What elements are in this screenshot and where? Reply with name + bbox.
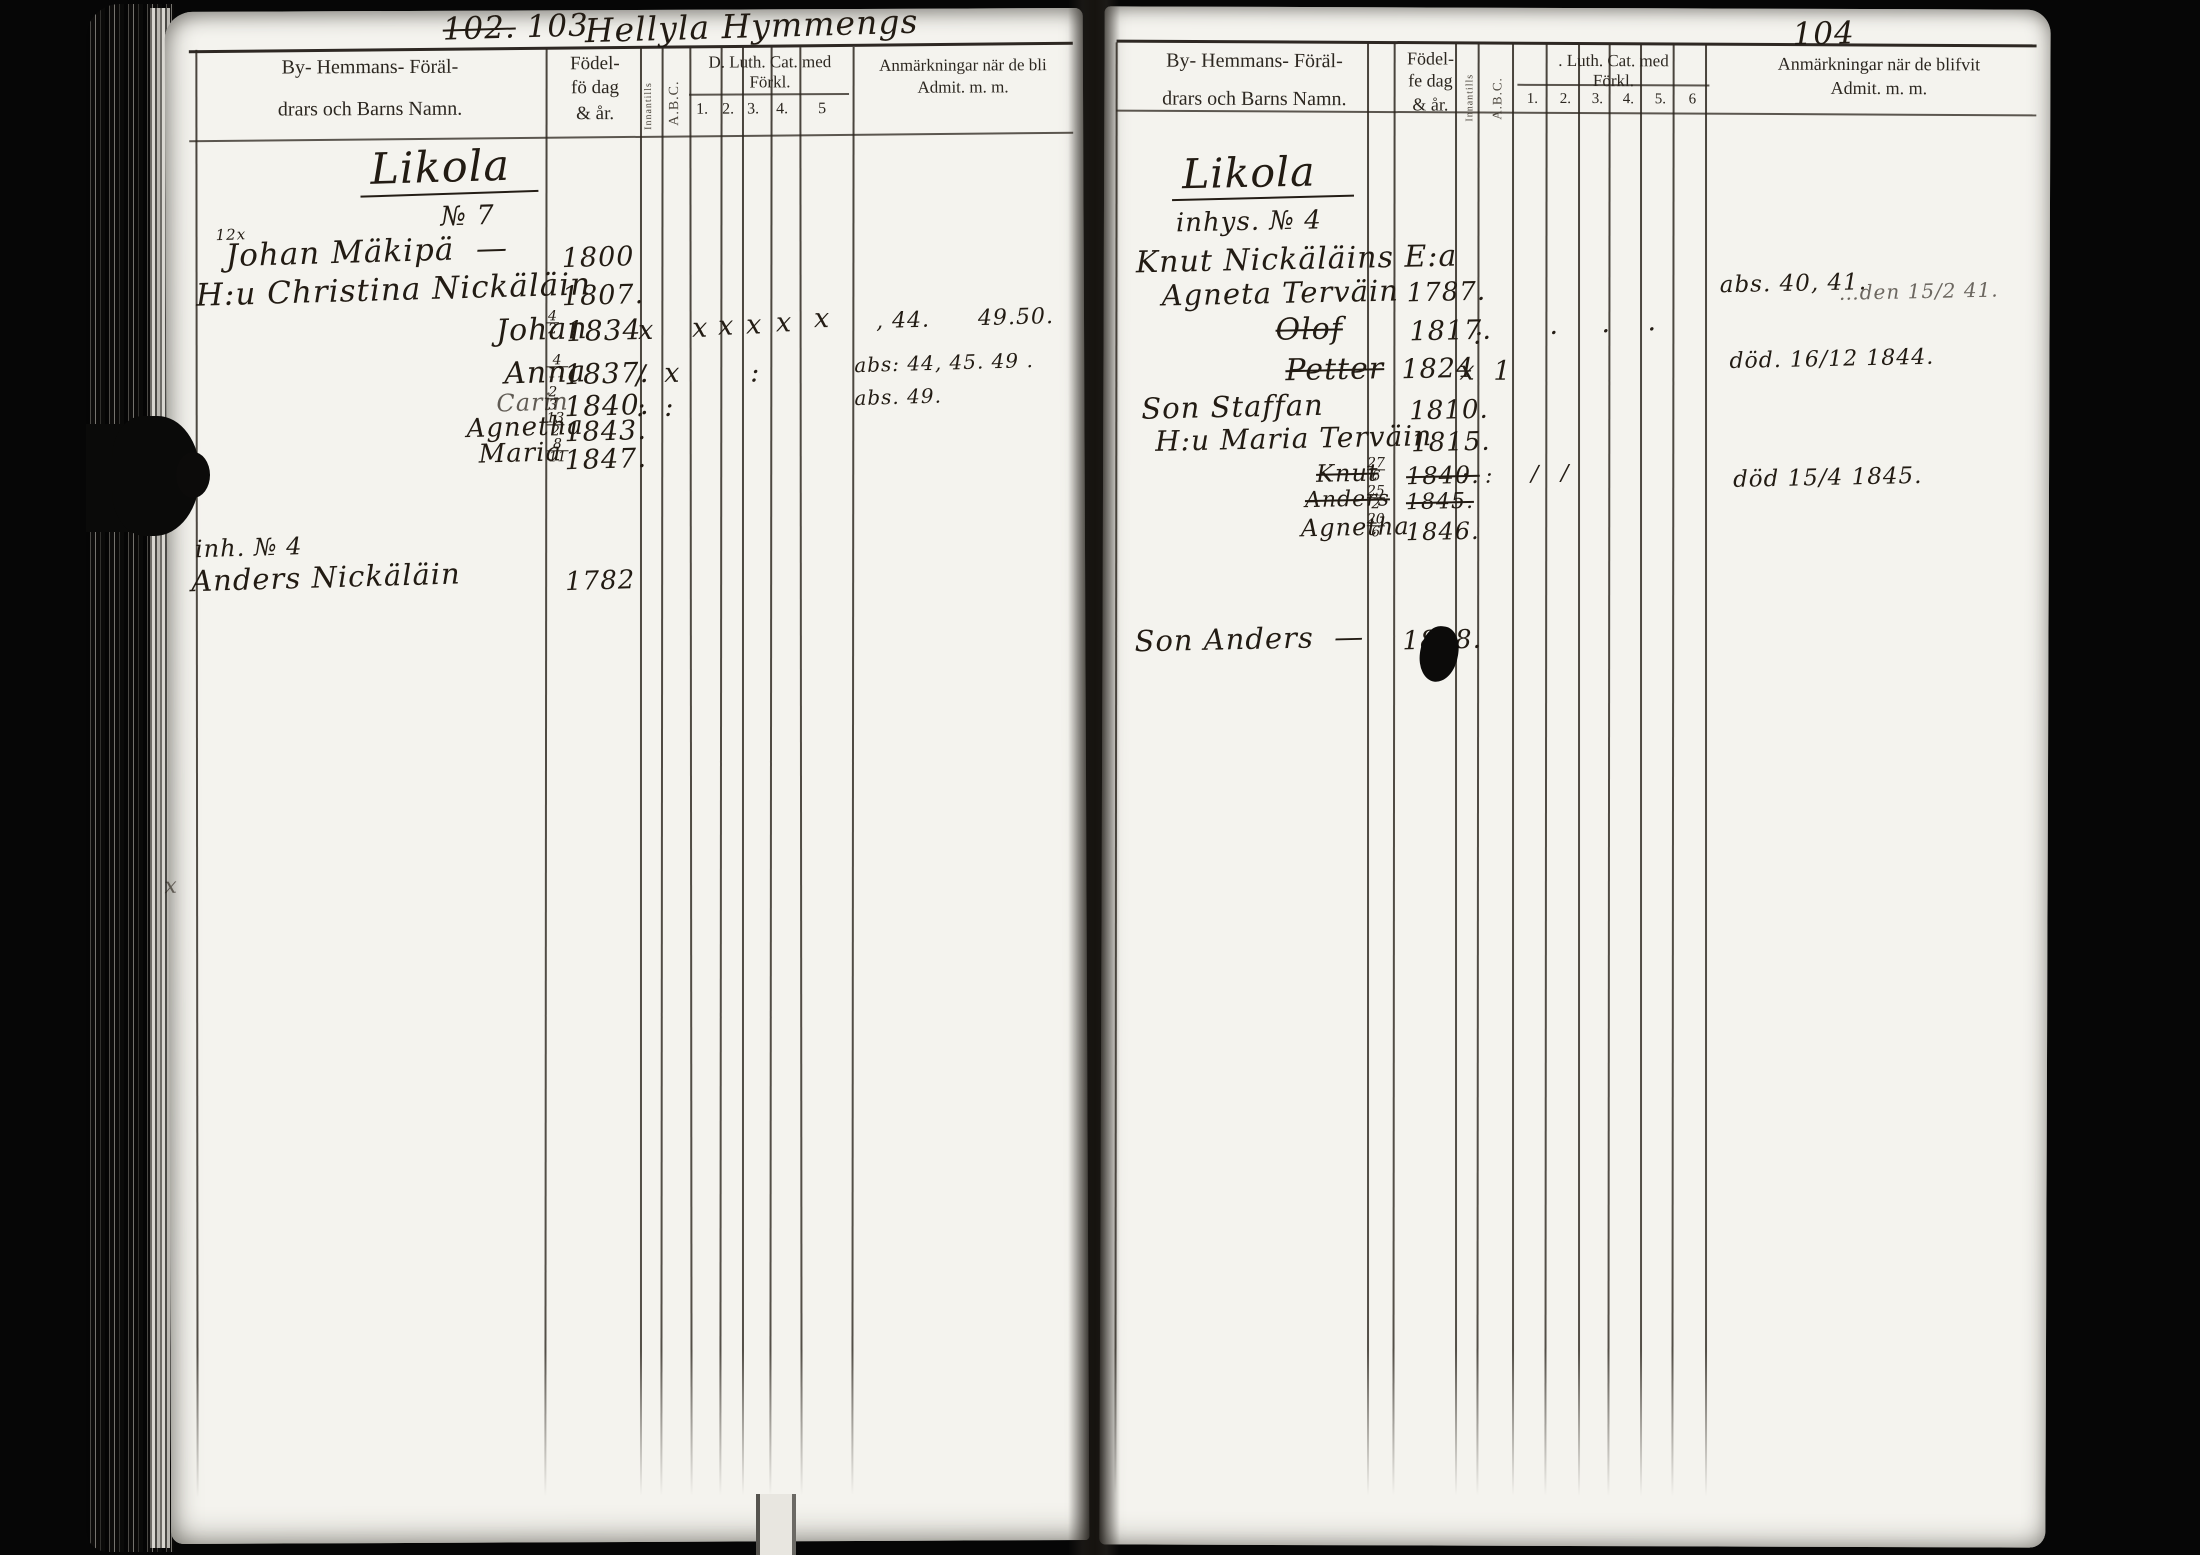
- village-heading: Likola: [1182, 151, 1316, 195]
- column-rule: [769, 47, 772, 1495]
- column-rule: [1544, 44, 1547, 1496]
- column-rule: [851, 47, 854, 1495]
- col-header-birth-2: fö dag: [553, 78, 637, 98]
- birth-date-fraction: 23: [546, 386, 559, 411]
- cat-mark: ·: [1648, 316, 1657, 343]
- column-rule: [1607, 44, 1610, 1496]
- village-heading: Likola: [370, 145, 511, 192]
- entry-name: Son Anders —: [1134, 622, 1364, 656]
- entry-name: Petter: [1285, 354, 1384, 386]
- cat-mark: x: [638, 317, 653, 344]
- column-rule: [660, 48, 663, 1496]
- birth-date-fraction: 206: [1367, 513, 1385, 538]
- remark: , 44. 49.50.: [876, 306, 1054, 333]
- col-header-names-1: By- Hemmans- Föräl-: [1129, 50, 1379, 72]
- remark: död. 16/12 1844.: [1729, 347, 1934, 373]
- folio-left: 102. 103: [442, 10, 589, 45]
- cat-mark: 1: [1493, 358, 1510, 385]
- birth-year: 1787.: [1406, 279, 1486, 307]
- margin-mark: x: [164, 876, 178, 898]
- right-page: 104 By- Hemmans- Föräl- drars och Barns …: [1099, 6, 2050, 1547]
- cat-mark: x: [776, 309, 791, 336]
- cat-mark: /: [1531, 464, 1538, 486]
- cat-mark: :: [1461, 466, 1468, 488]
- birth-date-fraction: 252: [1367, 485, 1385, 510]
- running-title: Hellyla Hymmengs: [584, 5, 918, 48]
- cat-number: 3.: [1586, 92, 1608, 108]
- left-edge-clip: [176, 452, 210, 498]
- col-header-birth-3: & år.: [553, 104, 637, 124]
- cat-mark: :: [664, 394, 673, 421]
- cat-mark: /: [636, 362, 645, 389]
- col-header-birth-1: Födel-: [1397, 49, 1463, 68]
- col-header-names-1: By- Hemmans- Föräl-: [205, 56, 535, 78]
- birth-year: 1782: [565, 567, 636, 595]
- cat-number: 1.: [691, 102, 713, 119]
- birth-year: 1843.: [564, 417, 647, 446]
- cat-number: 5: [811, 101, 833, 118]
- header-bottom-rule: [1116, 110, 2036, 117]
- birth-year: 1815.: [1411, 429, 1491, 457]
- left-page: 102. 103 Hellyla Hymmengs By- Hemmans- F…: [165, 8, 1090, 1544]
- bottom-page-tab: [760, 1494, 792, 1555]
- cat-mark: x: [746, 311, 761, 338]
- birth-year: 1846.: [1406, 519, 1480, 545]
- header-bottom-rule: [189, 132, 1073, 142]
- cat-number: 3.: [742, 101, 764, 118]
- col-header-names-2: drars och Barns Namn.: [1129, 88, 1379, 110]
- cat-sub-rule: [689, 93, 849, 96]
- col-header-abc: A.B.C.: [1489, 77, 1505, 120]
- col-header-reading: Innantills: [643, 82, 654, 130]
- birth-year: 1845.: [1406, 491, 1474, 514]
- col-header-remarks-1: Anmärkningar när de bli: [853, 56, 1073, 75]
- birth-date-fraction: 276: [1367, 457, 1385, 482]
- birth-year: 1834: [566, 316, 642, 346]
- column-rule: [1512, 44, 1514, 1496]
- cat-mark: x: [1459, 358, 1474, 385]
- col-header-remarks-2: Admit. m. m.: [1716, 78, 2041, 98]
- house-number: № 7: [440, 202, 495, 231]
- remark: abs. 49.: [854, 386, 942, 409]
- cat-mark: x: [664, 360, 679, 387]
- cat-number: 4.: [1617, 92, 1639, 108]
- col-header-abc: A.B.C.: [667, 80, 683, 125]
- entry-name: Agneta Terväin: [1161, 276, 1399, 310]
- fraction-denominator: 2: [546, 322, 559, 335]
- house-number: inhys. № 4: [1176, 207, 1322, 236]
- column-rule: [544, 48, 547, 1496]
- col-header-names-2: drars och Barns Namn.: [205, 98, 535, 120]
- cat-number: 1.: [1521, 92, 1543, 108]
- birth-year: 1807.: [562, 281, 645, 310]
- birth-date-fraction: 42: [546, 310, 559, 335]
- entry-name: Son Staffan: [1141, 391, 1324, 424]
- cat-number: 2.: [717, 102, 739, 119]
- cat-mark: x: [692, 315, 707, 342]
- section-heading: inh. № 4: [195, 534, 303, 561]
- column-rule: [1671, 44, 1674, 1496]
- book-gutter: [1068, 0, 1120, 1555]
- folio-new: 103: [526, 7, 589, 45]
- cat-mark: ·: [1602, 318, 1611, 345]
- col-header-birth-1: Födel-: [553, 54, 637, 74]
- entry-name: Agnetha: [1301, 514, 1410, 540]
- cat-mark: ·: [1550, 320, 1559, 347]
- column-rule: [195, 50, 198, 1498]
- col-header-reading: Innantills: [1464, 74, 1475, 122]
- birth-year: 1840.: [1406, 463, 1480, 489]
- column-rule: [742, 47, 744, 1495]
- column-rule: [1476, 44, 1479, 1496]
- cat-mark: x: [718, 313, 733, 340]
- cat-mark: x: [814, 305, 829, 332]
- col-header-cat-1: . Luth. Cat. med: [1516, 52, 1710, 71]
- birth-year: 1847.: [564, 445, 647, 474]
- entry-name: Anders Nickäläin: [191, 559, 461, 596]
- cat-number: 2.: [1554, 92, 1576, 108]
- col-header-birth-2: fe dag: [1397, 71, 1463, 90]
- col-header-cat-1: D. Luth. Cat. med: [689, 53, 851, 72]
- remark: död 15/4 1845.: [1733, 465, 1923, 492]
- col-header-remarks-2: Admit. m. m.: [853, 78, 1073, 97]
- entry-name: Olof: [1275, 314, 1343, 345]
- folio-old: 102.: [442, 9, 516, 47]
- entry-name: Johan Mäkipä —: [225, 233, 508, 272]
- table-top-rule: [1117, 40, 2037, 48]
- remark-secondary: …den 15/2 41.: [1839, 280, 1999, 303]
- book-scan: 102. 103 Hellyla Hymmengs By- Hemmans- F…: [0, 0, 2200, 1555]
- cat-mark: :: [750, 359, 759, 386]
- column-rule: [640, 48, 642, 1496]
- entry-name: Knut Nickäläins E:a: [1136, 242, 1458, 279]
- cat-mark: /: [1561, 463, 1568, 485]
- cat-number: 5.: [1649, 92, 1671, 108]
- entry-name: H:u Christina Nickäläin: [196, 269, 592, 311]
- column-rule: [689, 48, 692, 1496]
- column-rule: [1640, 44, 1642, 1496]
- birth-date-fraction: 132: [546, 412, 564, 437]
- column-rule: [719, 48, 722, 1496]
- col-header-cat-2: Förkl.: [1516, 72, 1710, 91]
- cat-number: 6: [1681, 92, 1703, 108]
- cat-mark: :: [1485, 466, 1492, 488]
- column-rule: [799, 47, 802, 1495]
- col-header-birth-3: & år.: [1397, 95, 1463, 114]
- entry-name: H:u Maria Terväin: [1155, 422, 1433, 456]
- cat-mark: :: [1473, 322, 1482, 349]
- column-rule: [1578, 44, 1580, 1496]
- cat-number: 4.: [771, 101, 793, 118]
- col-header-remarks-1: Anmärkningar när de blifvit: [1716, 54, 2041, 74]
- col-header-cat-2: Förkl.: [689, 73, 851, 92]
- column-rule: [1705, 44, 1707, 1496]
- remark: abs: 44, 45. 49 .: [854, 350, 1034, 375]
